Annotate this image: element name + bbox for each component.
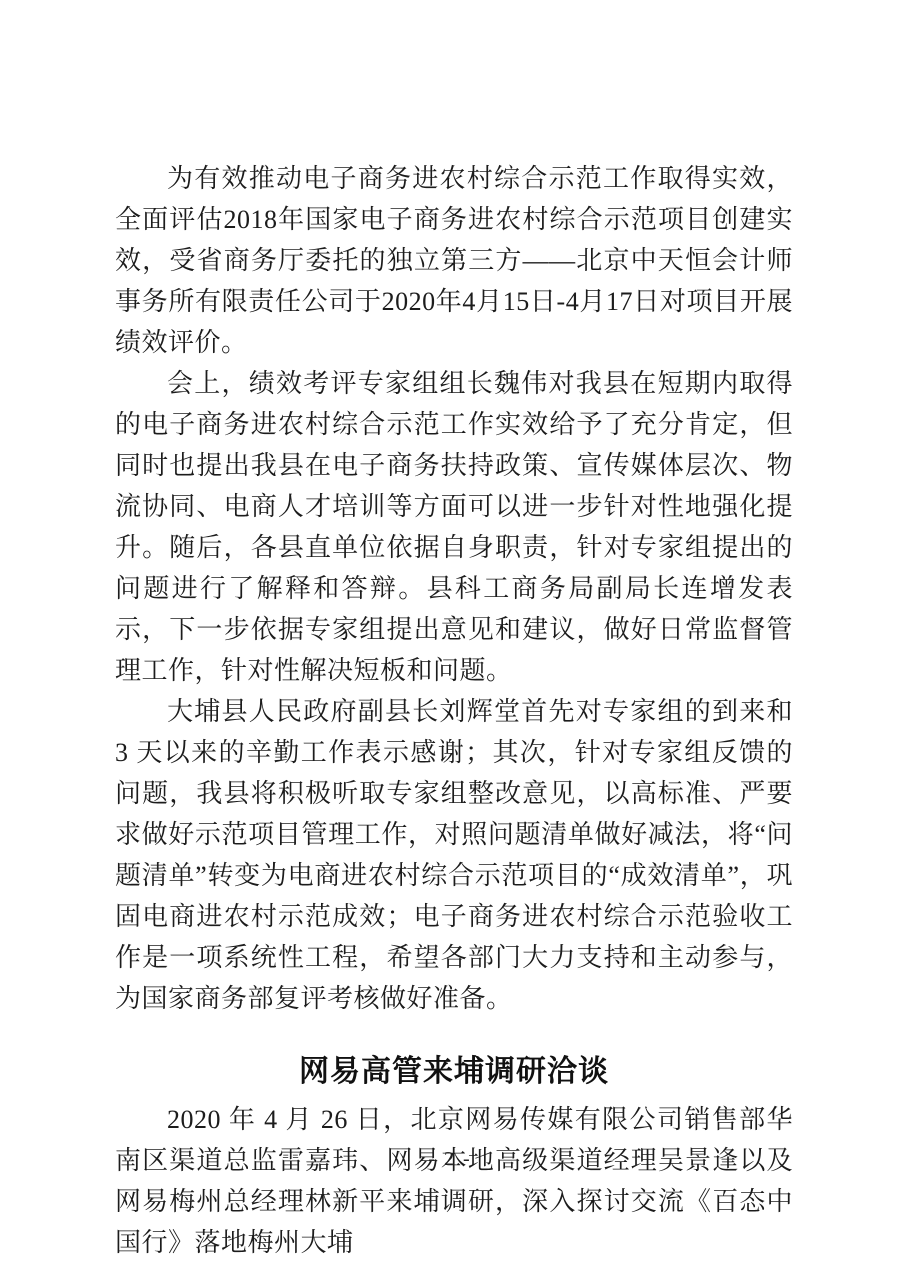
body-paragraph: 为有效推动电子商务进农村综合示范工作取得实效，全面评估2018年国家电子商务进农… bbox=[115, 158, 793, 363]
body-paragraph: 会上，绩效考评专家组组长魏伟对我县在短期内取得的电子商务进农村综合示范工作实效给… bbox=[115, 363, 793, 691]
page-content: 为有效推动电子商务进农村综合示范工作取得实效，全面评估2018年国家电子商务进农… bbox=[115, 158, 793, 1263]
body-paragraph: 2020 年 4 月 26 日，北京网易传媒有限公司销售部华南区渠道总监雷嘉玮、… bbox=[115, 1099, 793, 1263]
document-page: 为有效推动电子商务进农村综合示范工作取得实效，全面评估2018年国家电子商务进农… bbox=[0, 0, 900, 1272]
article-title: 网易高管来埔调研洽谈 bbox=[115, 1046, 793, 1090]
body-paragraph: 大埔县人民政府副县长刘辉堂首先对专家组的到来和 3 天以来的辛勤工作表示感谢；其… bbox=[115, 691, 793, 1019]
page-number: - 2 - bbox=[0, 1148, 900, 1171]
